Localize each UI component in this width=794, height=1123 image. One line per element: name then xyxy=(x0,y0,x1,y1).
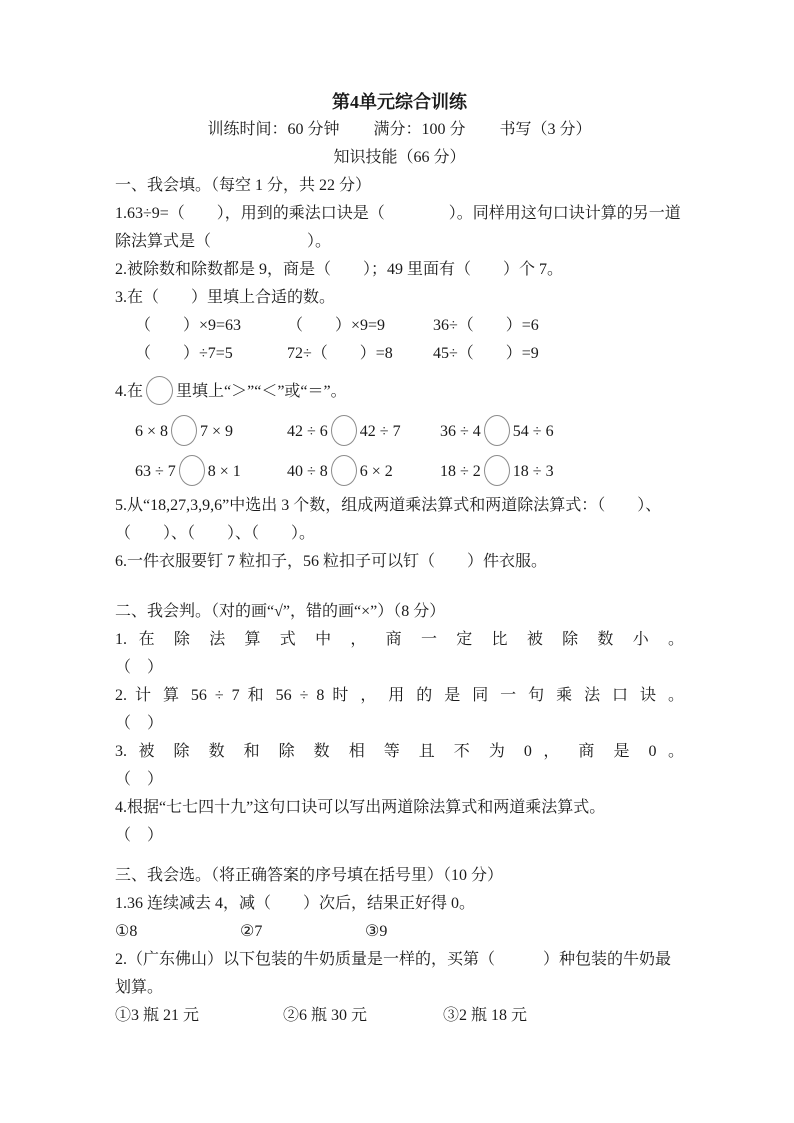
s1-q4-row1: 6 × 87 × 9 42 ÷ 642 ÷ 7 36 ÷ 454 ÷ 6 xyxy=(115,412,684,452)
comparison-left: 6 × 8 xyxy=(135,423,168,440)
equation-blank: （ ）×9=9 xyxy=(287,312,433,340)
option-1: ①8 xyxy=(115,918,240,946)
s1-q1-line2: 除法算式是（ ）。 xyxy=(115,228,684,256)
s1-q5-line2: （ ）、（ ）、（ ）。 xyxy=(115,520,684,548)
option-2: ②7 xyxy=(240,918,365,946)
blank-circle-icon xyxy=(171,415,197,446)
worksheet-page: 第4单元综合训练 训练时间：60 分钟 满分：100 分 书写（3 分） 知识技… xyxy=(0,0,794,1123)
s3-q1-options: ①8 ②7 ③9 xyxy=(115,918,684,946)
s2-q1-text: 1. 在 除 法 算 式 中 ， 商 一 定 比 被 除 数 小 。 xyxy=(115,626,684,654)
meta-full-score: 满分：100 分 xyxy=(373,116,465,144)
section2-heading: 二、我会判。（对的画“√”，错的画“×”）（8 分） xyxy=(115,598,684,626)
s1-q2: 2.被除数和除数都是 9，商是（ ）；49 里面有（ ）个 7。 xyxy=(115,256,684,284)
blank-circle-icon xyxy=(331,415,357,446)
option-3: ③9 xyxy=(365,918,387,946)
comparison-left: 42 ÷ 6 xyxy=(287,423,328,440)
section1-heading: 一、我会填。（每空 1 分，共 22 分） xyxy=(115,172,684,200)
s2-q2-bracket: （ ） xyxy=(115,710,684,738)
blank-circle-icon xyxy=(484,415,510,446)
comparison-left: 40 ÷ 8 xyxy=(287,463,328,480)
meta-duration: 训练时间：60 分钟 xyxy=(207,116,339,144)
s2-q4-text: 4.根据“七七四十九”这句口诀可以写出两道除法算式和两道乘法算式。 xyxy=(115,794,684,822)
option-3: ③2 瓶 18 元 xyxy=(443,1002,527,1030)
comparison-item: 42 ÷ 642 ÷ 7 xyxy=(287,412,440,452)
equation-blank: 45÷（ ）=9 xyxy=(433,340,539,368)
comparison-right: 42 ÷ 7 xyxy=(360,423,401,440)
blank-circle-icon xyxy=(179,455,205,486)
equation-blank: 36÷（ ）=6 xyxy=(433,312,539,340)
s1-q3: 3.在（ ）里填上合适的数。 xyxy=(115,284,684,312)
s1-q4-heading: 4.在里填上“＞”“＜”或“＝”。 xyxy=(115,372,684,412)
subtitle-knowledge-skills: 知识技能（66 分） xyxy=(115,144,684,172)
s2-q4-bracket: （ ） xyxy=(115,822,684,850)
q4-suffix: 里填上“＞”“＜”或“＝”。 xyxy=(176,383,347,400)
s2-q3-bracket: （ ） xyxy=(115,766,684,794)
comparison-right: 54 ÷ 6 xyxy=(513,423,554,440)
comparison-right: 6 × 2 xyxy=(360,463,393,480)
meta-handwriting: 书写（3 分） xyxy=(500,116,592,144)
option-1: ①3 瓶 21 元 xyxy=(115,1002,283,1030)
comparison-item: 40 ÷ 86 × 2 xyxy=(287,452,440,492)
comparison-item: 6 × 87 × 9 xyxy=(135,412,287,452)
equation-blank: （ ）÷7=5 xyxy=(135,340,287,368)
exam-meta: 训练时间：60 分钟 满分：100 分 书写（3 分） xyxy=(115,116,684,144)
s1-q1-line1: 1.63÷9=（ ），用到的乘法口诀是（ ）。同样用这句口诀计算的另一道 xyxy=(115,200,684,228)
comparison-right: 18 ÷ 3 xyxy=(513,463,554,480)
blank-circle-icon xyxy=(331,455,357,486)
s2-q3-text: 3. 被 除 数 和 除 数 相 等 且 不 为 0 ， 商 是 0 。 xyxy=(115,738,684,766)
blank-circle-icon xyxy=(146,376,173,405)
s3-q1: 1.36 连续减去 4，减（ ）次后，结果正好得 0。 xyxy=(115,890,684,918)
comparison-item: 18 ÷ 218 ÷ 3 xyxy=(440,452,554,492)
comparison-right: 8 × 1 xyxy=(208,463,241,480)
s2-q1-bracket: （ ） xyxy=(115,654,684,682)
s1-q6: 6.一件衣服要钉 7 粒扣子，56 粒扣子可以钉（ ）件衣服。 xyxy=(115,548,684,576)
s1-q5-line1: 5.从“18,27,3,9,6”中选出 3 个数，组成两道乘法算式和两道除法算式… xyxy=(115,492,684,520)
s2-q2-text: 2. 计 算 56 ÷ 7 和 56 ÷ 8 时 ， 用 的 是 同 一 句 乘… xyxy=(115,682,684,710)
blank-circle-icon xyxy=(484,455,510,486)
section3-heading: 三、我会选。（将正确答案的序号填在括号里）（10 分） xyxy=(115,862,684,890)
comparison-left: 18 ÷ 2 xyxy=(440,463,481,480)
s1-q3-row2: （ ）÷7=5 72÷（ ）=8 45÷（ ）=9 xyxy=(115,340,684,368)
equation-blank: （ ）×9=63 xyxy=(135,312,287,340)
s3-q2-line2: 划算。 xyxy=(115,974,684,1002)
comparison-right: 7 × 9 xyxy=(200,423,233,440)
option-2: ②6 瓶 30 元 xyxy=(283,1002,443,1030)
s3-q2-line1: 2.（广东佛山）以下包装的牛奶质量是一样的，买第（ ）种包装的牛奶最 xyxy=(115,946,684,974)
comparison-left: 63 ÷ 7 xyxy=(135,463,176,480)
s3-q2-options: ①3 瓶 21 元 ②6 瓶 30 元 ③2 瓶 18 元 xyxy=(115,1002,684,1030)
s1-q3-row1: （ ）×9=63 （ ）×9=9 36÷（ ）=6 xyxy=(115,312,684,340)
page-title: 第4单元综合训练 xyxy=(115,88,684,116)
equation-blank: 72÷（ ）=8 xyxy=(287,340,433,368)
s1-q4-row2: 63 ÷ 78 × 1 40 ÷ 86 × 2 18 ÷ 218 ÷ 3 xyxy=(115,452,684,492)
q4-prefix: 4.在 xyxy=(115,383,143,400)
comparison-left: 36 ÷ 4 xyxy=(440,423,481,440)
comparison-item: 63 ÷ 78 × 1 xyxy=(135,452,287,492)
comparison-item: 36 ÷ 454 ÷ 6 xyxy=(440,412,554,452)
